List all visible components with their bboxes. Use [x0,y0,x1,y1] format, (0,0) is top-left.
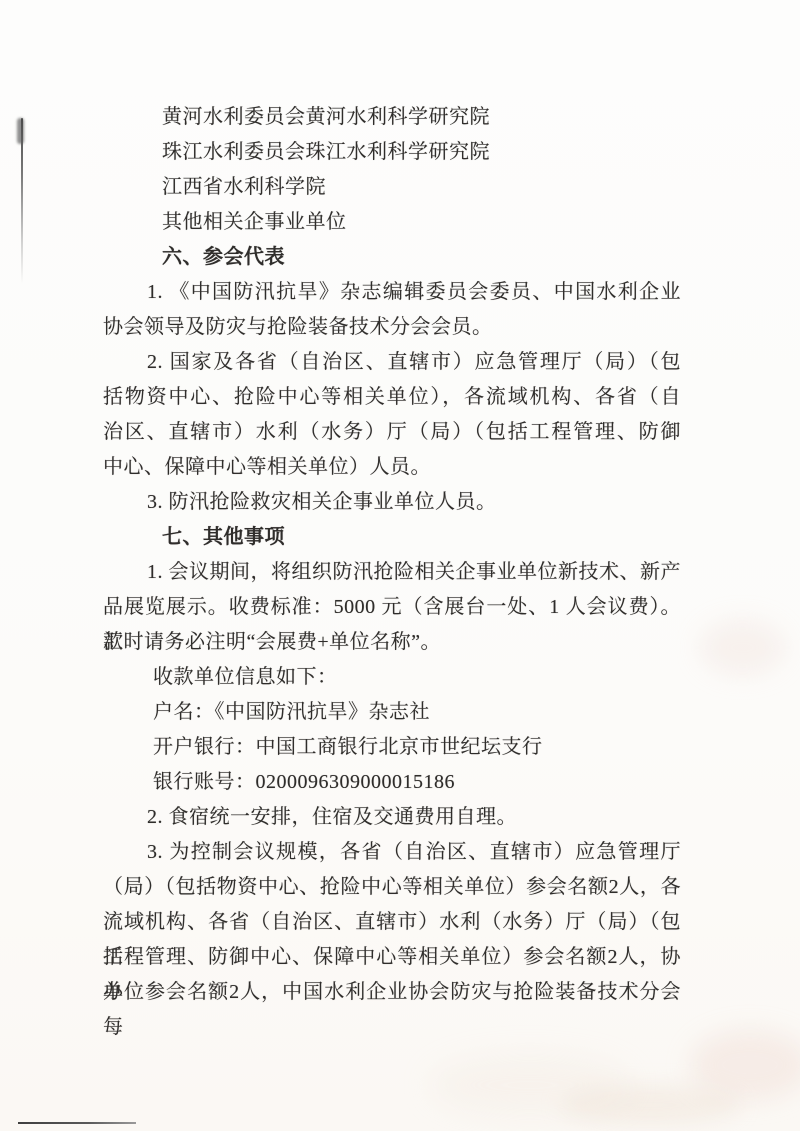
payee-account-number: 银行账号：0200096309000015186 [103,765,681,800]
para-6-3-line-1: 3. 防汛抢险救灾相关企事业单位人员。 [103,485,681,520]
para-7-3-line-3: 流域机构、各省（自治区、直辖市）水利（水务）厅（局）（包括 [103,905,681,940]
scan-stain-bottom-center [560,1085,740,1125]
scanned-page: 黄河水利委员会黄河水利科学研究院珠江水利委员会珠江水利科学研究院江西省水利科学院… [0,0,800,1131]
para-7-3-line-4: 工程管理、防御中心、保障中心等相关单位）参会名额2人，协办 [103,940,681,975]
para-7-3-line-2: （局）（包括物资中心、抢险中心等相关单位）参会名额2人，各 [103,870,681,905]
org-line-4: 其他相关企事业单位 [103,205,681,240]
para-6-2-line-3: 治区、直辖市）水利（水务）厅（局）（包括工程管理、防御 [103,415,681,450]
payee-bank: 开户银行：中国工商银行北京市世纪坛支行 [103,730,681,765]
para-6-2-line-1: 2. 国家及各省（自治区、直辖市）应急管理厅（局）（包 [103,345,681,380]
para-6-2-line-2: 括物资中心、抢险中心等相关单位），各流域机构、各省（自 [103,380,681,415]
scan-stain-bottom-right [690,1030,800,1100]
para-7-3-line-5: 单位参会名额2人，中国水利企业协会防灾与抢险装备技术分会每 [103,975,681,1010]
org-line-2: 珠江水利委员会珠江水利科学研究院 [103,135,681,170]
para-6-1-line-1: 1. 《中国防汛抗旱》杂志编辑委员会委员、中国水利企业 [103,275,681,310]
org-line-3: 江西省水利科学院 [103,170,681,205]
section-heading-six: 六、参会代表 [103,240,681,275]
section-heading-seven: 七、其他事项 [103,520,681,555]
payee-info-intro: 收款单位信息如下： [103,660,681,695]
scan-fold-line-left [21,118,23,284]
para-7-1-line-3: 款时请务必注明“会展费+单位名称”。 [103,625,681,660]
scan-smudge-left-edge [17,118,24,144]
document-text-column: 黄河水利委员会黄河水利科学研究院珠江水利委员会珠江水利科学研究院江西省水利科学院… [103,100,681,1010]
scan-stain-mid-right [700,620,785,675]
para-7-2-line-1: 2. 食宿统一安排，住宿及交通费用自理。 [103,800,681,835]
para-7-1-line-1: 1. 会议期间，将组织防汛抢险相关企事业单位新技术、新产 [103,555,681,590]
scan-stain-bottom-faint [430,1055,630,1115]
payee-account-name: 户名：《中国防汛抗旱》杂志社 [103,695,681,730]
para-7-1-line-2: 品展览展示。收费标准：5000 元（含展台一处、1 人会议费）。汇 [103,590,681,625]
para-6-2-line-4: 中心、保障中心等相关单位）人员。 [103,450,681,485]
para-7-3-line-1: 3. 为控制会议规模，各省（自治区、直辖市）应急管理厅 [103,835,681,870]
scan-paper-edge-bottom [18,1122,136,1124]
para-6-1-line-2: 协会领导及防灾与抢险装备技术分会会员。 [103,310,681,345]
org-line-1: 黄河水利委员会黄河水利科学研究院 [103,100,681,135]
